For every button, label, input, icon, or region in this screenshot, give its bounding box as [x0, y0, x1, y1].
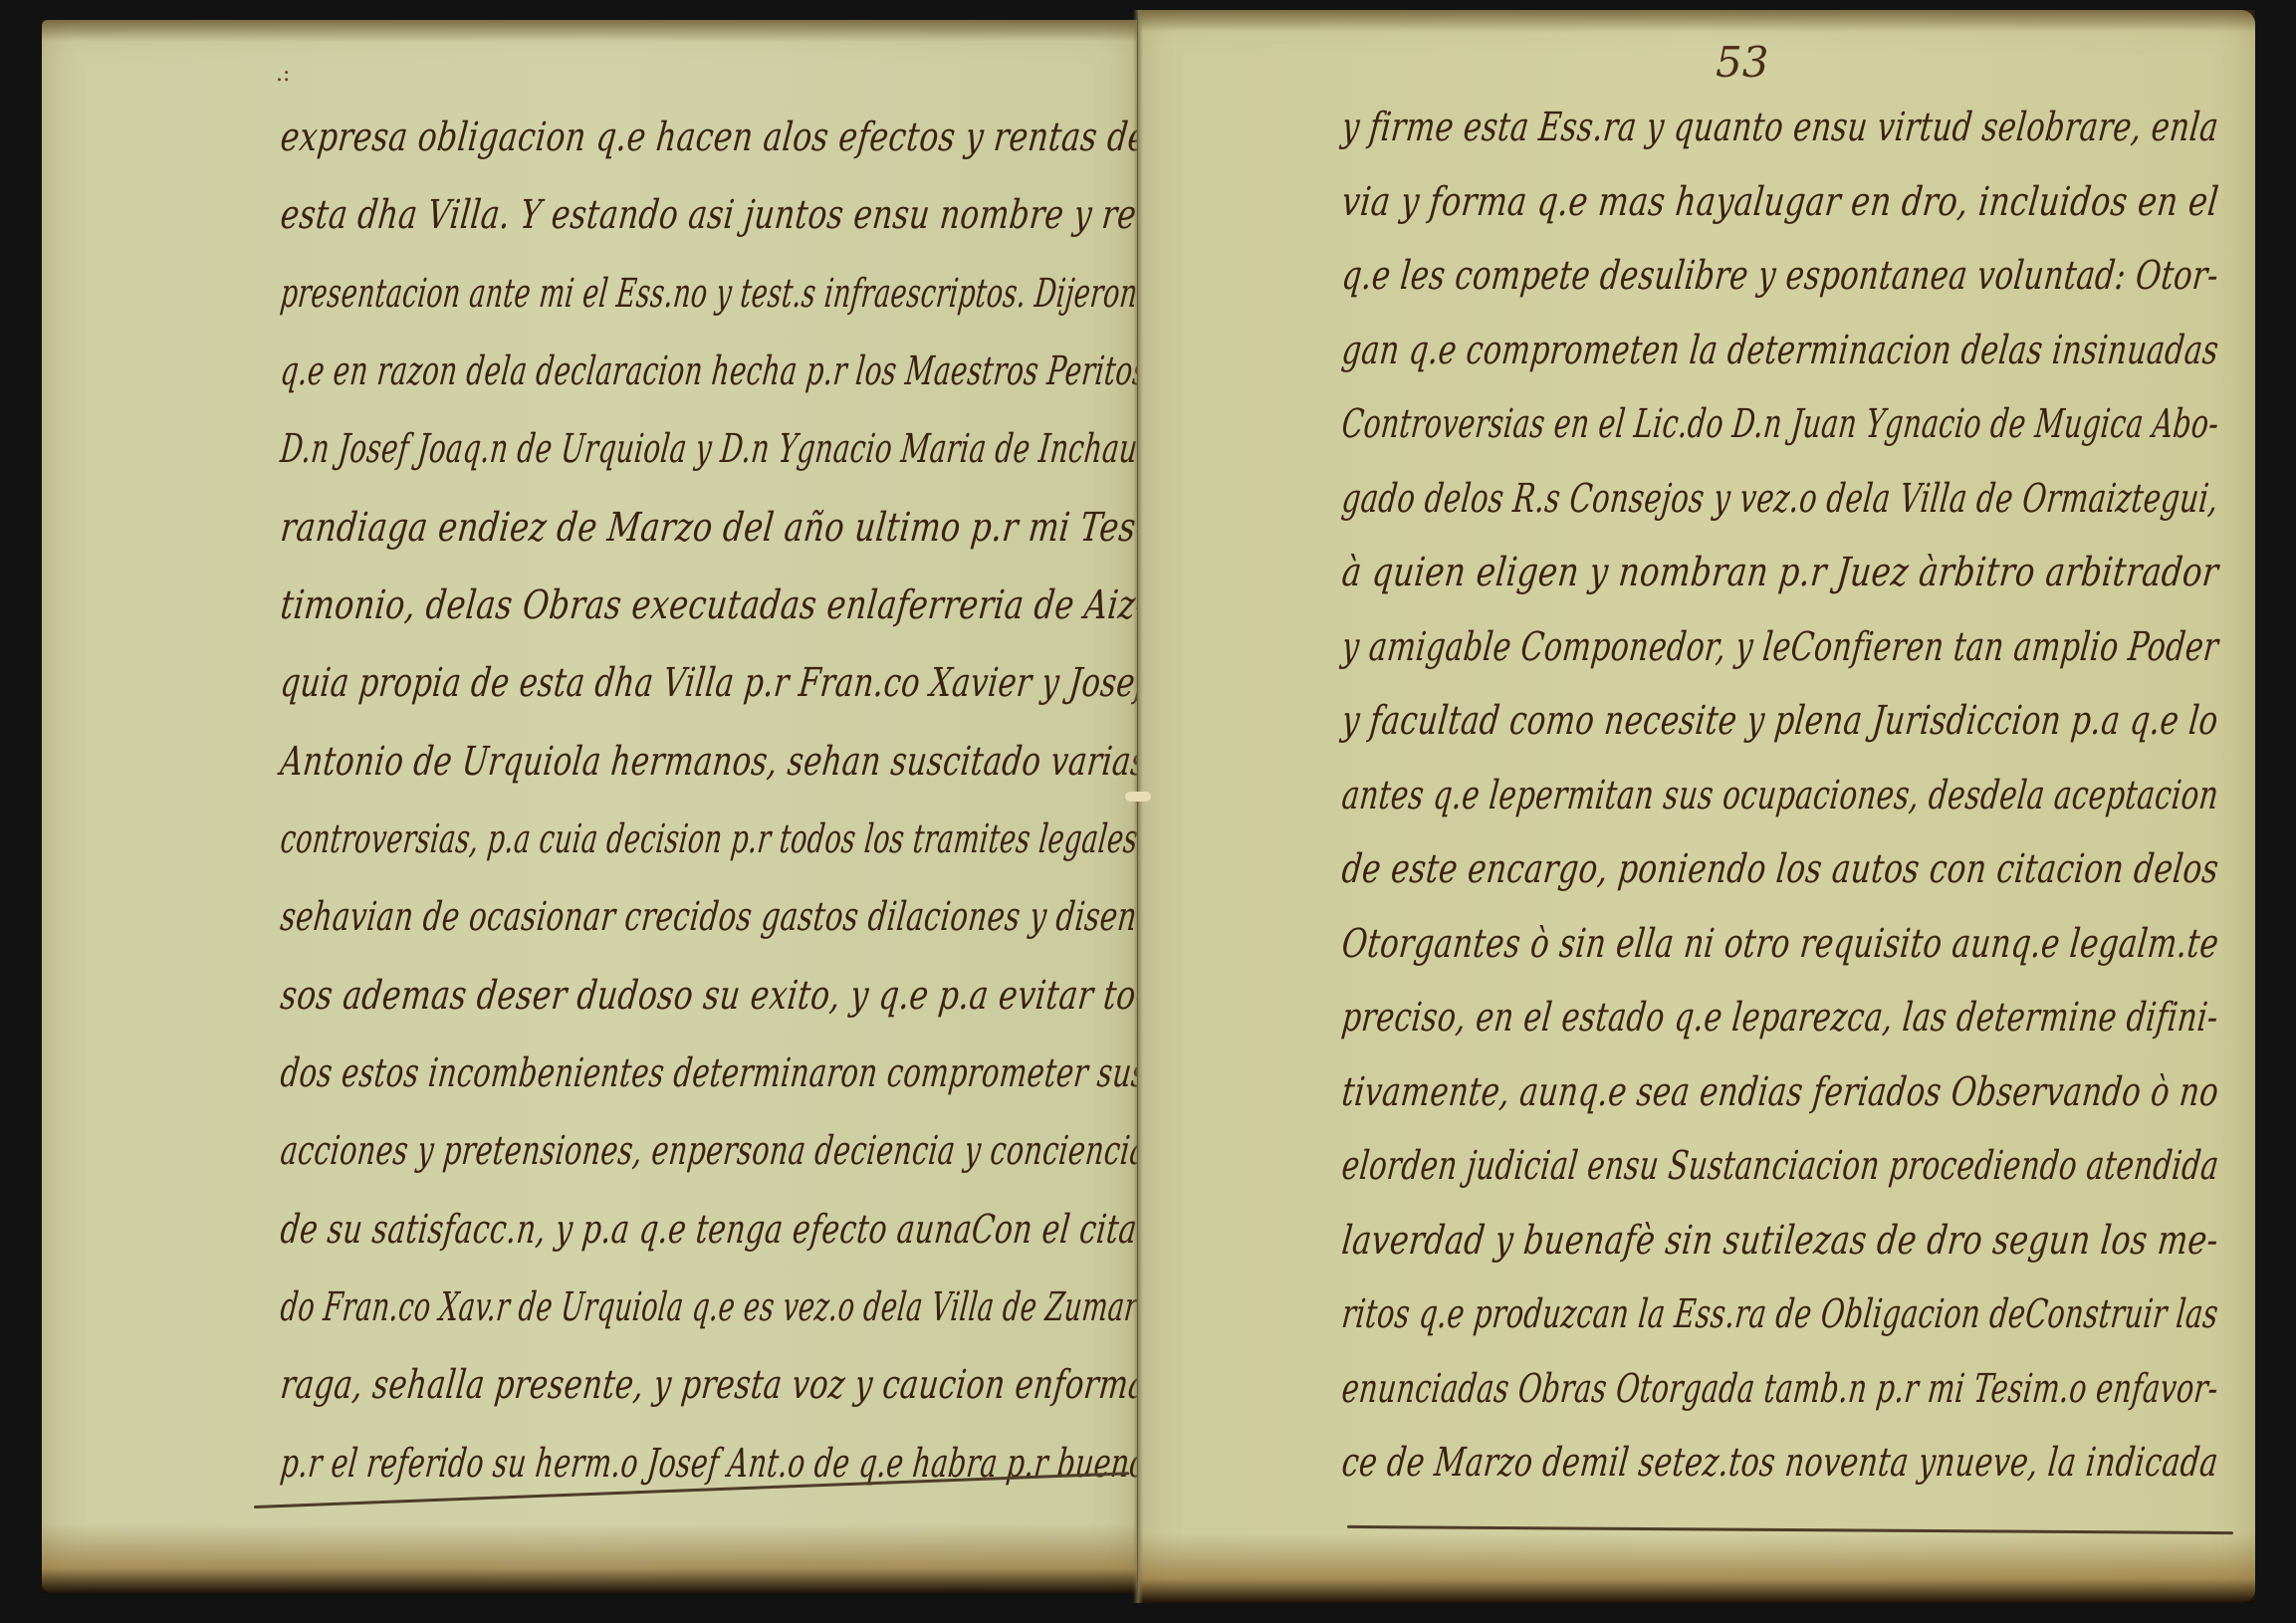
text-line: gado delos R.s Consejos y vez.o dela Vil… — [1340, 476, 2221, 522]
binding-gutter — [1133, 10, 1143, 1603]
text-line: laverdad y buenafè sin sutilezas de dro … — [1340, 1218, 2221, 1264]
right-page-text: y firme esta Ess.ra y quanto ensu virtud… — [1138, 10, 2255, 1603]
text-line: antes q.e lepermitan sus ocupaciones, de… — [1340, 773, 2221, 818]
text-line: y facultad como necesite y plena Jurisdi… — [1340, 698, 2221, 744]
text-line: timonio, delas Obras executadas enlaferr… — [279, 582, 1150, 628]
text-line: expresa obligacion q.e hacen alos efecto… — [279, 115, 1150, 160]
text-line: q.e les compete desulibre y espontanea v… — [1340, 253, 2221, 299]
text-line: Otorgantes ò sin ella ni otro requisito … — [1340, 921, 2221, 967]
text-line: Antonio de Urquiola hermanos, sehan susc… — [279, 739, 1150, 785]
right-page: 53 y firme esta Ess.ra y quanto ensu vir… — [1138, 10, 2255, 1603]
text-line: via y forma q.e mas hayalugar en dro, in… — [1340, 179, 2221, 225]
text-line: y amigable Componedor, y leConfieren tan… — [1340, 624, 2221, 670]
text-line: acciones y pretensiones, enpersona decie… — [279, 1128, 1150, 1174]
text-line: dos estos incombenientes determinaron co… — [279, 1050, 1150, 1096]
text-line: de su satisfacc.n, y p.a q.e tenga efect… — [279, 1207, 1150, 1253]
text-line: y firme esta Ess.ra y quanto ensu virtud… — [1340, 105, 2221, 150]
text-line: q.e en razon dela declaracion hecha p.r … — [279, 348, 1150, 394]
text-line: à quien eligen y nombran p.r Juez àrbitr… — [1340, 550, 2221, 595]
text-line: ritos q.e produzcan la Ess.ra de Obligac… — [1340, 1291, 2221, 1337]
text-line: gan q.e comprometen la determinacion del… — [1340, 328, 2221, 373]
text-line: controversias, p.a cuia decision p.r tod… — [279, 816, 1150, 862]
text-line: de este encargo, poniendo los autos con … — [1340, 846, 2221, 892]
text-line: elorden judicial ensu Sustanciacion proc… — [1340, 1143, 2221, 1189]
text-line: quia propia de esta dha Villa p.r Fran.c… — [279, 660, 1150, 706]
text-line: randiaga endiez de Marzo del año ultimo … — [279, 505, 1150, 551]
text-line: enunciadas Obras Otorgada tamb.n p.r mi … — [1340, 1366, 2221, 1412]
text-line: D.n Josef Joaq.n de Urquiola y D.n Ygnac… — [279, 426, 1150, 472]
text-line: sos ademas deser dudoso su exito, y q.e … — [279, 973, 1150, 1019]
text-line: tivamente, aunq.e sea endias feriados Ob… — [1340, 1069, 2221, 1115]
text-line: Controversias en el Lic.do D.n Juan Ygna… — [1340, 401, 2221, 447]
manuscript-spread: .: expresa obligacion q.e hacen alos efe… — [0, 0, 2296, 1623]
text-line: preciso, en el estado q.e leparezca, las… — [1340, 995, 2221, 1041]
binding-thread-hole — [1125, 792, 1151, 802]
text-line: do Fran.co Xav.r de Urquiola q.e es vez.… — [279, 1284, 1150, 1330]
left-page: .: expresa obligacion q.e hacen alos efe… — [42, 20, 1137, 1593]
text-line: presentacion ante mi el Ess.no y test.s … — [279, 271, 1150, 317]
text-line: sehavian de ocasionar crecidos gastos di… — [279, 894, 1150, 940]
left-page-text: expresa obligacion q.e hacen alos efecto… — [42, 20, 1137, 1593]
text-line: p.r el referido su herm.o Josef Ant.o de… — [279, 1441, 1150, 1487]
text-line: ce de Marzo demil setez.tos noventa ynue… — [1340, 1440, 2221, 1486]
text-line: esta dha Villa. Y estando asi juntos ens… — [279, 192, 1150, 238]
text-line: raga, sehalla presente, y presta voz y c… — [279, 1362, 1150, 1408]
